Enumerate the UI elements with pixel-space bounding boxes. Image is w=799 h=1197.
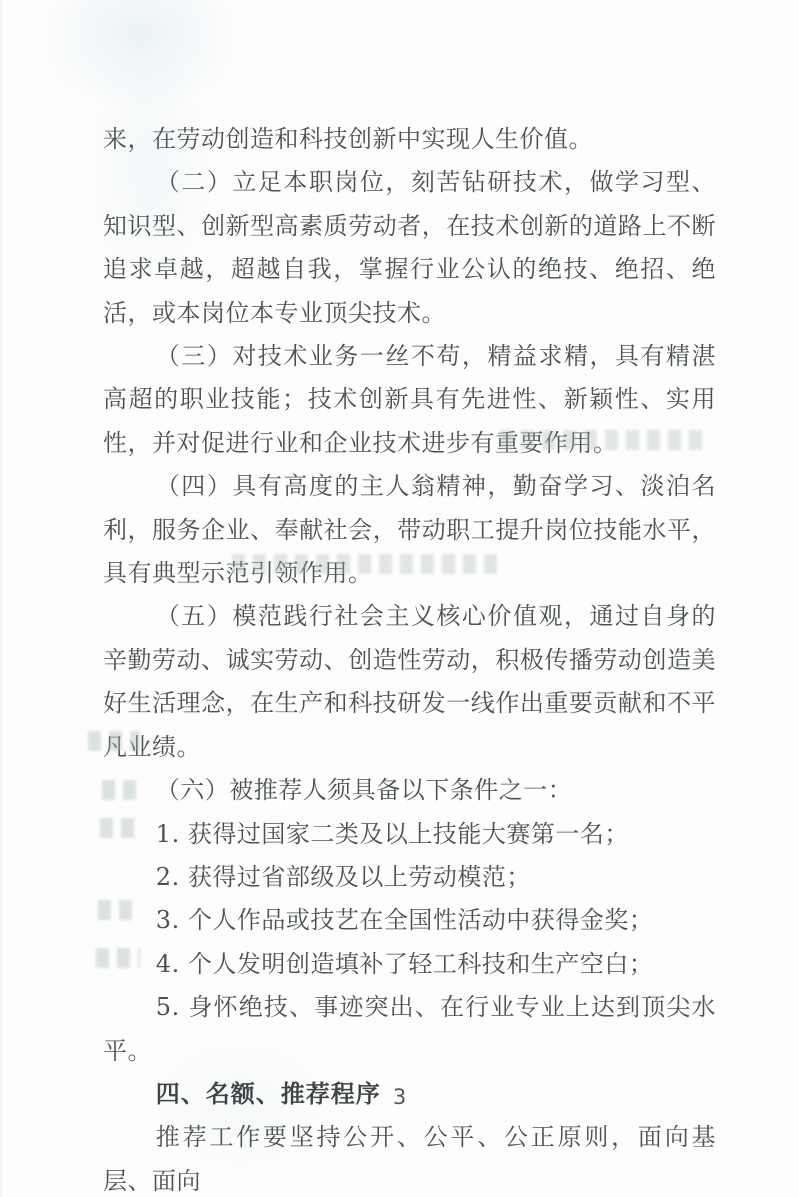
body-paragraph: 来，在劳动创造和科技创新中实现人生价值。: [103, 118, 716, 161]
body-paragraph: 1. 获得过国家二类及以上技能大赛第一名；: [103, 813, 716, 856]
document-body: 来，在劳动创造和科技创新中实现人生价值。（二）立足本职岗位，刻苦钻研技术，做学习…: [103, 118, 716, 1197]
body-paragraph: （六）被推荐人须具备以下条件之一：: [103, 769, 716, 812]
bleed-through-artifact: [88, 731, 140, 751]
bleed-through-artifact: [98, 900, 138, 920]
bleed-through-artifact: [96, 948, 140, 968]
bleed-through-artifact: [102, 780, 140, 800]
bleed-through-artifact: [500, 430, 705, 450]
bleed-through-artifact: [232, 554, 500, 574]
body-paragraph: 推荐工作要坚持公开、公平、公正原则，面向基层、面向: [103, 1116, 716, 1197]
bleed-through-artifact: [100, 818, 138, 838]
body-paragraph: 5. 身怀绝技、事迹突出、在行业专业上达到顶尖水平。: [103, 986, 716, 1073]
body-paragraph: 2. 获得过省部级及以上劳动模范；: [103, 856, 716, 899]
body-paragraph: 4. 个人发明创造填补了轻工科技和生产空白；: [103, 943, 716, 986]
body-paragraph: （五）模范践行社会主义核心价值观，通过自身的辛勤劳动、诚实劳动、创造性劳动，积极…: [103, 595, 716, 769]
body-paragraph: 3. 个人作品或技艺在全国性活动中获得金奖；: [103, 899, 716, 942]
body-paragraph: （二）立足本职岗位，刻苦钻研技术，做学习型、知识型、创新型高素质劳动者，在技术创…: [103, 161, 716, 335]
body-paragraph: （四）具有高度的主人翁精神，勤奋学习、淡泊名利，服务企业、奉献社会，带动职工提升…: [103, 465, 716, 595]
scan-edge-shadow: [0, 0, 3, 1197]
page-number: 3: [0, 1085, 799, 1109]
scanned-document-page: 来，在劳动创造和科技创新中实现人生价值。（二）立足本职岗位，刻苦钻研技术，做学习…: [0, 0, 799, 1197]
